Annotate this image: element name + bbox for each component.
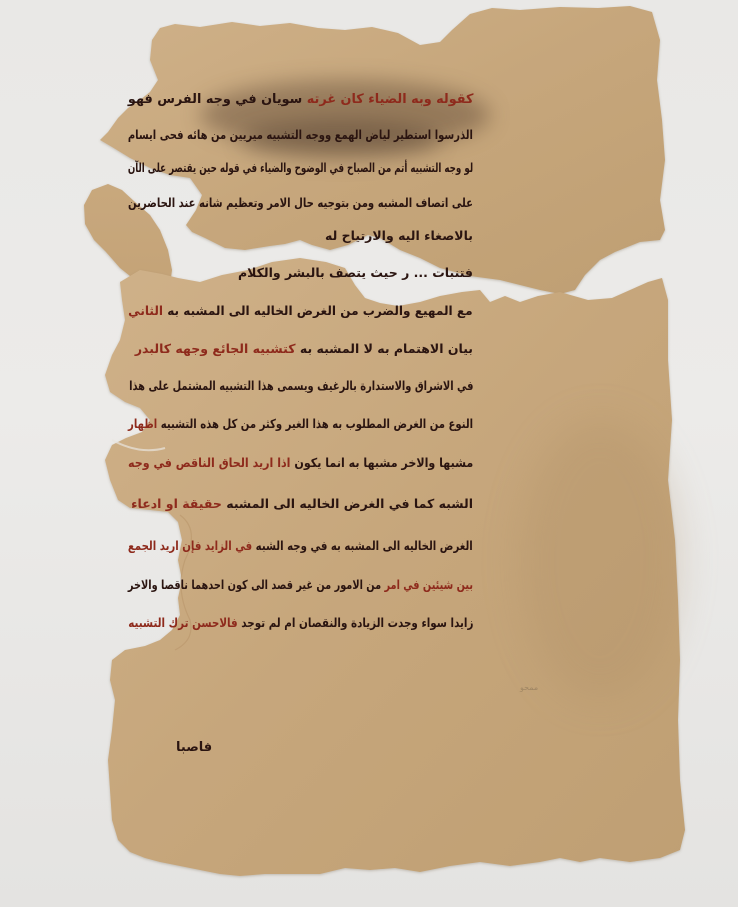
- manuscript-text: كقوله وبه الضياء كان غرته سويان في وجه ا…: [0, 0, 738, 907]
- text-line-14: بين شيئين في امر من الامور من غير قصد ال…: [128, 577, 473, 592]
- text-line-6: فتنبات ... ر حيث يتصف بالبشر والكلام: [238, 265, 473, 280]
- text-line-1: كقوله وبه الضياء كان غرته سويان في وجه ا…: [127, 92, 473, 107]
- marginal-note: فاصبا: [176, 740, 212, 755]
- rubric: كقوله وبه الضياء كان غرته: [306, 92, 473, 107]
- text-line-2: الذرسوا استطير لياض الهمع ووجه التشبيه م…: [128, 127, 473, 142]
- text-line-3: لو وجه التشبيه أتم من الصباح في الوضوح و…: [128, 160, 473, 175]
- text-line-10: النوع من الغرض المطلوب به هذا الغير وكثر…: [128, 416, 473, 431]
- faint-mark: ممحو: [520, 683, 538, 692]
- text-line-5: بالاصغاء اليه والارتياح له: [325, 228, 473, 243]
- text-line-11: مشبها والاخر مشبها به انما يكون اذا اريد…: [128, 455, 473, 470]
- text-line-8: بيان الاهتمام به لا المشبه به كتشبيه الج…: [135, 341, 473, 356]
- text-line-9: في الاشراق والاستدارة بالرغيف ويسمى هذا …: [129, 378, 473, 393]
- text-line-15: زايدا سواء وجدت الزيادة والنقصان ام لم ت…: [128, 615, 473, 630]
- text-line-13: الغرض الخاليه الى المشبه به في وجه الشبه…: [128, 538, 473, 553]
- text-line-12: الشبه كما في الغرض الخاليه الى المشبه حق…: [131, 496, 473, 511]
- text-line-7: مع المهيع والضرب من الغرض الخاليه الى ال…: [129, 303, 473, 318]
- text-line-4: على اتصاف المشبه ومن بتوجيه حال الامر وت…: [128, 195, 473, 210]
